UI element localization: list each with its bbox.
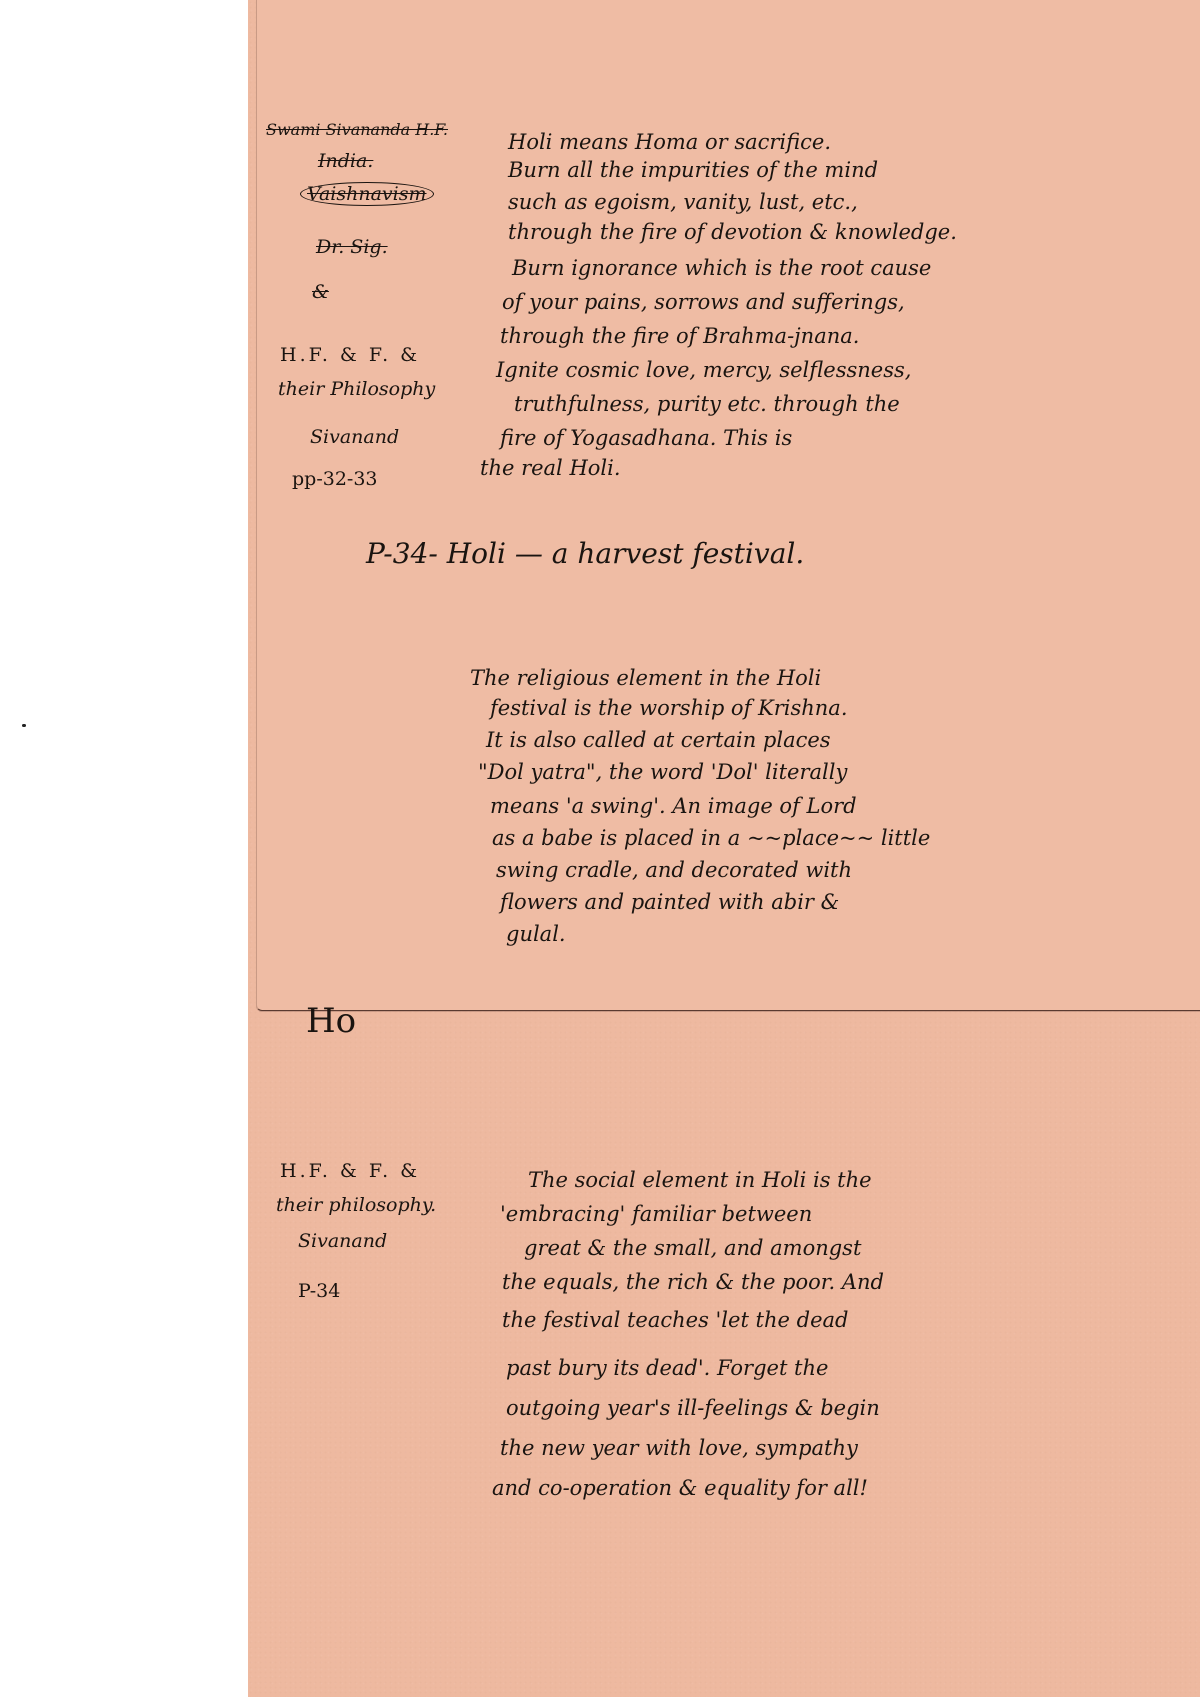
body-line: gulal. bbox=[506, 924, 566, 945]
margin-reference-line: their philosophy. bbox=[276, 1196, 436, 1215]
body-line: swing cradle, and decorated with bbox=[496, 860, 852, 881]
margin-reference-line: pp-32-33 bbox=[292, 470, 378, 489]
scan-speck bbox=[22, 724, 26, 727]
body-line: truthfulness, purity etc. through the bbox=[514, 394, 900, 415]
margin-struck-note: Vaishnavism bbox=[300, 185, 434, 204]
body-line: Burn ignorance which is the root cause bbox=[512, 258, 931, 279]
body-line: of your pains, sorrows and sufferings, bbox=[502, 292, 905, 313]
body-line: fire of Yogasadhana. This is bbox=[500, 428, 792, 449]
body-line: Burn all the impurities of the mind bbox=[508, 160, 878, 181]
body-line: It is also called at certain places bbox=[486, 730, 831, 751]
margin-reference-line: Sivanand bbox=[298, 1232, 387, 1251]
body-line: the real Holi. bbox=[480, 458, 621, 479]
margin-struck-note: & bbox=[312, 283, 329, 302]
body-line: past bury its dead'. Forget the bbox=[506, 1358, 828, 1379]
body-line: and co-operation & equality for all! bbox=[492, 1478, 868, 1499]
body-line: the equals, the rich & the poor. And bbox=[502, 1272, 884, 1293]
circled-word: Vaishnavism bbox=[300, 182, 434, 206]
body-line: flowers and painted with abir & bbox=[500, 892, 839, 913]
body-line: Ignite cosmic love, mercy, selflessness, bbox=[496, 360, 911, 381]
body-line: Holi means Homa or sacrifice. bbox=[508, 132, 831, 153]
margin-reference-line: their Philosophy bbox=[278, 380, 435, 399]
body-line: such as egoism, vanity, lust, etc., bbox=[508, 192, 858, 213]
body-line: as a babe is placed in a ~~place~~ littl… bbox=[492, 828, 930, 849]
body-line: means 'a swing'. An image of Lord bbox=[490, 796, 857, 817]
body-line: The religious element in the Holi bbox=[470, 668, 821, 689]
body-line: the new year with love, sympathy bbox=[500, 1438, 858, 1459]
body-line: outgoing year's ill-feelings & begin bbox=[506, 1398, 880, 1419]
margin-struck-note: India. bbox=[318, 152, 373, 171]
body-line: through the fire of Brahma-jnana. bbox=[500, 326, 859, 347]
body-line: through the fire of devotion & knowledge… bbox=[508, 222, 957, 243]
stray-mark: Ho bbox=[306, 1004, 356, 1038]
margin-reference-line: H.F. & F. & bbox=[280, 346, 420, 365]
margin-struck-note: Swami Sivananda H.F. bbox=[266, 122, 448, 138]
body-line: great & the small, and amongst bbox=[524, 1238, 861, 1259]
margin-reference-line: H.F. & F. & bbox=[280, 1162, 420, 1181]
body-line: festival is the worship of Krishna. bbox=[490, 698, 848, 719]
margin-reference-line: Sivanand bbox=[310, 428, 399, 447]
margin-struck-note: Dr. Sig. bbox=[316, 238, 388, 257]
section-heading: P-34- Holi — a harvest festival. bbox=[366, 540, 804, 568]
margin-reference-line: P-34 bbox=[298, 1282, 340, 1301]
body-line: 'embracing' familiar between bbox=[500, 1204, 812, 1225]
body-line: the festival teaches 'let the dead bbox=[502, 1310, 848, 1331]
body-line: "Dol yatra", the word 'Dol' literally bbox=[478, 762, 847, 783]
body-line: The social element in Holi is the bbox=[528, 1170, 872, 1191]
